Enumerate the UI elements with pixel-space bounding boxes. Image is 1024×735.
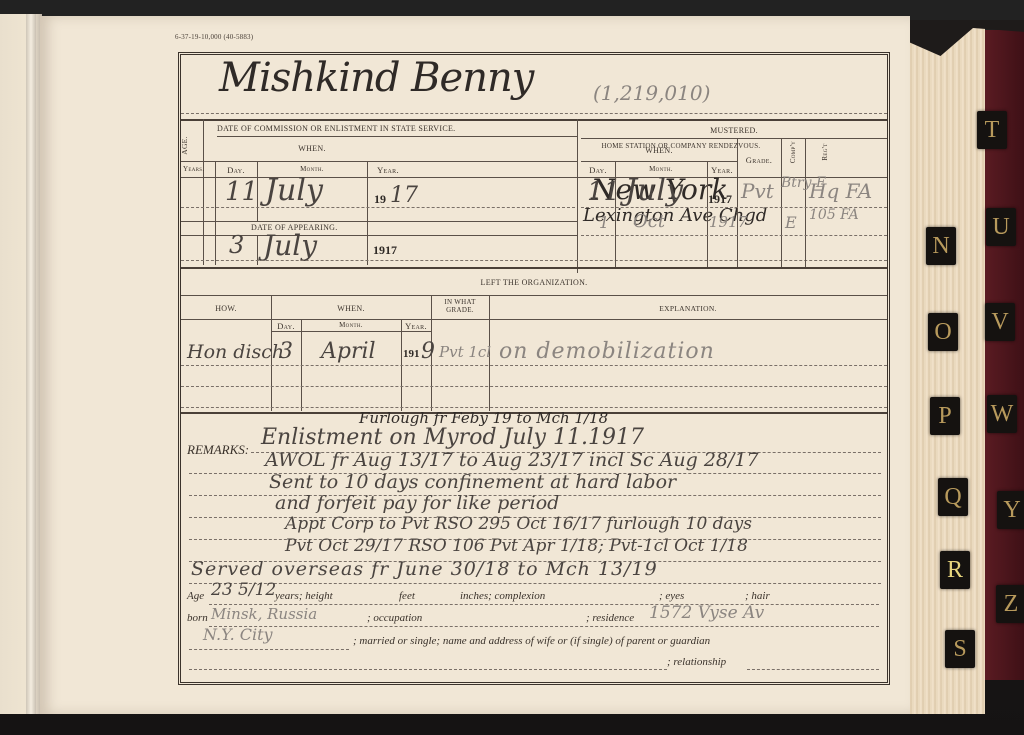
remark-line-1: Enlistment on Myrod July 11.1917 bbox=[261, 425, 644, 450]
left-day-label: Day. bbox=[271, 321, 301, 331]
left-year-label: Year. bbox=[401, 321, 431, 331]
mustered-title: MUSTERED. bbox=[581, 126, 887, 135]
years-height-label: years; height bbox=[275, 590, 333, 602]
serial-number: (1,219,010) bbox=[593, 81, 710, 105]
enlist-day: 11 bbox=[225, 177, 258, 207]
month-label: Month. bbox=[257, 165, 367, 173]
mustered-day-1: 11 bbox=[587, 177, 620, 207]
residence-label: ; residence bbox=[586, 612, 634, 624]
age-field-label: Age bbox=[187, 590, 204, 602]
left-day: 3 bbox=[279, 339, 293, 364]
left-year-prefix: 191 bbox=[403, 348, 420, 360]
enlistment-section-title: DATE OF COMMISSION OR ENLISTMENT IN STAT… bbox=[217, 124, 455, 133]
form-number: 6-37-19-10,000 (40-5883) bbox=[175, 33, 253, 41]
appearing-month: July bbox=[263, 229, 317, 262]
index-tab-v[interactable]: V bbox=[985, 303, 1015, 341]
residence-value: 1572 Vyse Av bbox=[649, 603, 764, 623]
left-explanation: on demobilization bbox=[499, 339, 715, 364]
remark-line-2: AWOL fr Aug 13/17 to Aug 23/17 incl Sc A… bbox=[265, 449, 759, 471]
left-month-label: Month. bbox=[301, 321, 401, 329]
relationship-label: ; relationship bbox=[667, 656, 726, 668]
how-label: HOW. bbox=[181, 304, 271, 313]
year-label: Year. bbox=[367, 165, 409, 175]
left-grade: Pvt 1cl bbox=[439, 343, 491, 361]
mustered-month-2: Oct bbox=[633, 211, 665, 232]
mustered-day-2: 1 bbox=[599, 213, 609, 232]
enlist-year-suffix: 17 bbox=[390, 183, 418, 208]
mustered-regiment-1: Hq FA bbox=[809, 179, 872, 203]
index-tab-y[interactable]: Y bbox=[997, 491, 1024, 529]
index-tab-o[interactable]: O bbox=[928, 313, 958, 351]
born-label: born bbox=[187, 612, 208, 624]
mustered-company-2: E bbox=[785, 213, 797, 232]
company-label: Comp'y bbox=[789, 132, 797, 172]
index-tab-z[interactable]: Z bbox=[996, 585, 1024, 623]
feet-label: feet bbox=[399, 590, 415, 602]
index-tab-s[interactable]: S bbox=[945, 630, 975, 668]
born-value: Minsk, Russia bbox=[211, 605, 317, 623]
index-tab-w[interactable]: W bbox=[987, 395, 1017, 433]
index-tab-q[interactable]: Q bbox=[938, 478, 968, 516]
enlist-month: July bbox=[265, 173, 323, 208]
mustered-grade-1: Pvt bbox=[741, 179, 774, 203]
index-tab-n[interactable]: N bbox=[926, 227, 956, 265]
left-month: April bbox=[321, 339, 376, 364]
left-how: Hon disch bbox=[187, 341, 284, 363]
day-label: Day. bbox=[215, 165, 257, 175]
appearing-day: 3 bbox=[229, 231, 244, 259]
remark-line-3: Sent to 10 days confinement at hard labo… bbox=[269, 471, 676, 493]
age-label: AGE. bbox=[180, 136, 189, 155]
index-tab-t[interactable]: T bbox=[977, 111, 1007, 149]
mustered-day-label: Day. bbox=[581, 165, 615, 175]
age-value: 23 5/12 bbox=[211, 580, 276, 600]
left-org-title: LEFT THE ORGANIZATION. bbox=[181, 278, 887, 287]
remark-line-6: Pvt Oct 29/17 RSO 106 Pvt Apr 1/18; Pvt-… bbox=[285, 536, 748, 556]
eyes-label: ; eyes bbox=[659, 590, 684, 602]
when-label: WHEN. bbox=[217, 144, 407, 153]
remarks-label: REMARKS: bbox=[187, 442, 249, 458]
mustered-month-label: Month. bbox=[615, 165, 707, 173]
index-tab-r[interactable]: R bbox=[940, 551, 970, 589]
remark-line-4: and forfeit pay for like period bbox=[275, 492, 559, 514]
mustered-when-label: WHEN. bbox=[581, 146, 737, 155]
mustered-regiment-2: 105 FA bbox=[809, 207, 859, 223]
regiment-label: Reg't bbox=[821, 132, 829, 172]
in-what-grade-label: IN WHAT GRADE. bbox=[431, 298, 489, 314]
book-spine-edge bbox=[26, 14, 36, 714]
mustered-year-2: 1917 bbox=[709, 213, 747, 231]
explanation-label: EXPLANATION. bbox=[489, 304, 887, 313]
index-tab-p[interactable]: P bbox=[930, 397, 960, 435]
mustered-month-1: July bbox=[625, 173, 683, 208]
mustered-year-label: Year. bbox=[707, 165, 737, 175]
married-single-label: ; married or single; name and address of… bbox=[353, 635, 710, 647]
left-when-label: WHEN. bbox=[271, 304, 431, 313]
mustered-year-1: 1917 bbox=[708, 192, 732, 207]
grade-label: Grade. bbox=[737, 155, 781, 165]
index-tab-u[interactable]: U bbox=[986, 208, 1016, 246]
service-record-card: Mishkind Benny (1,219,010) AGE. DATE OF … bbox=[178, 52, 890, 685]
years-label: Years. bbox=[183, 165, 203, 173]
remark-line-7: Served overseas fr June 30/18 to Mch 13/… bbox=[191, 558, 658, 580]
soldier-name: Mishkind Benny bbox=[219, 55, 533, 101]
inches-complexion-label: inches; complexion bbox=[460, 590, 545, 602]
remark-line-5: Appt Corp to Pvt RSO 295 Oct 16/17 furlo… bbox=[285, 514, 752, 534]
appearing-year: 1917 bbox=[373, 243, 397, 258]
hair-label: ; hair bbox=[745, 590, 770, 602]
occupation-label: ; occupation bbox=[367, 612, 422, 624]
enlist-year-prefix: 19 bbox=[374, 192, 386, 207]
left-year-suffix: 9 bbox=[421, 339, 435, 364]
city-value: N.Y. City bbox=[203, 625, 273, 644]
